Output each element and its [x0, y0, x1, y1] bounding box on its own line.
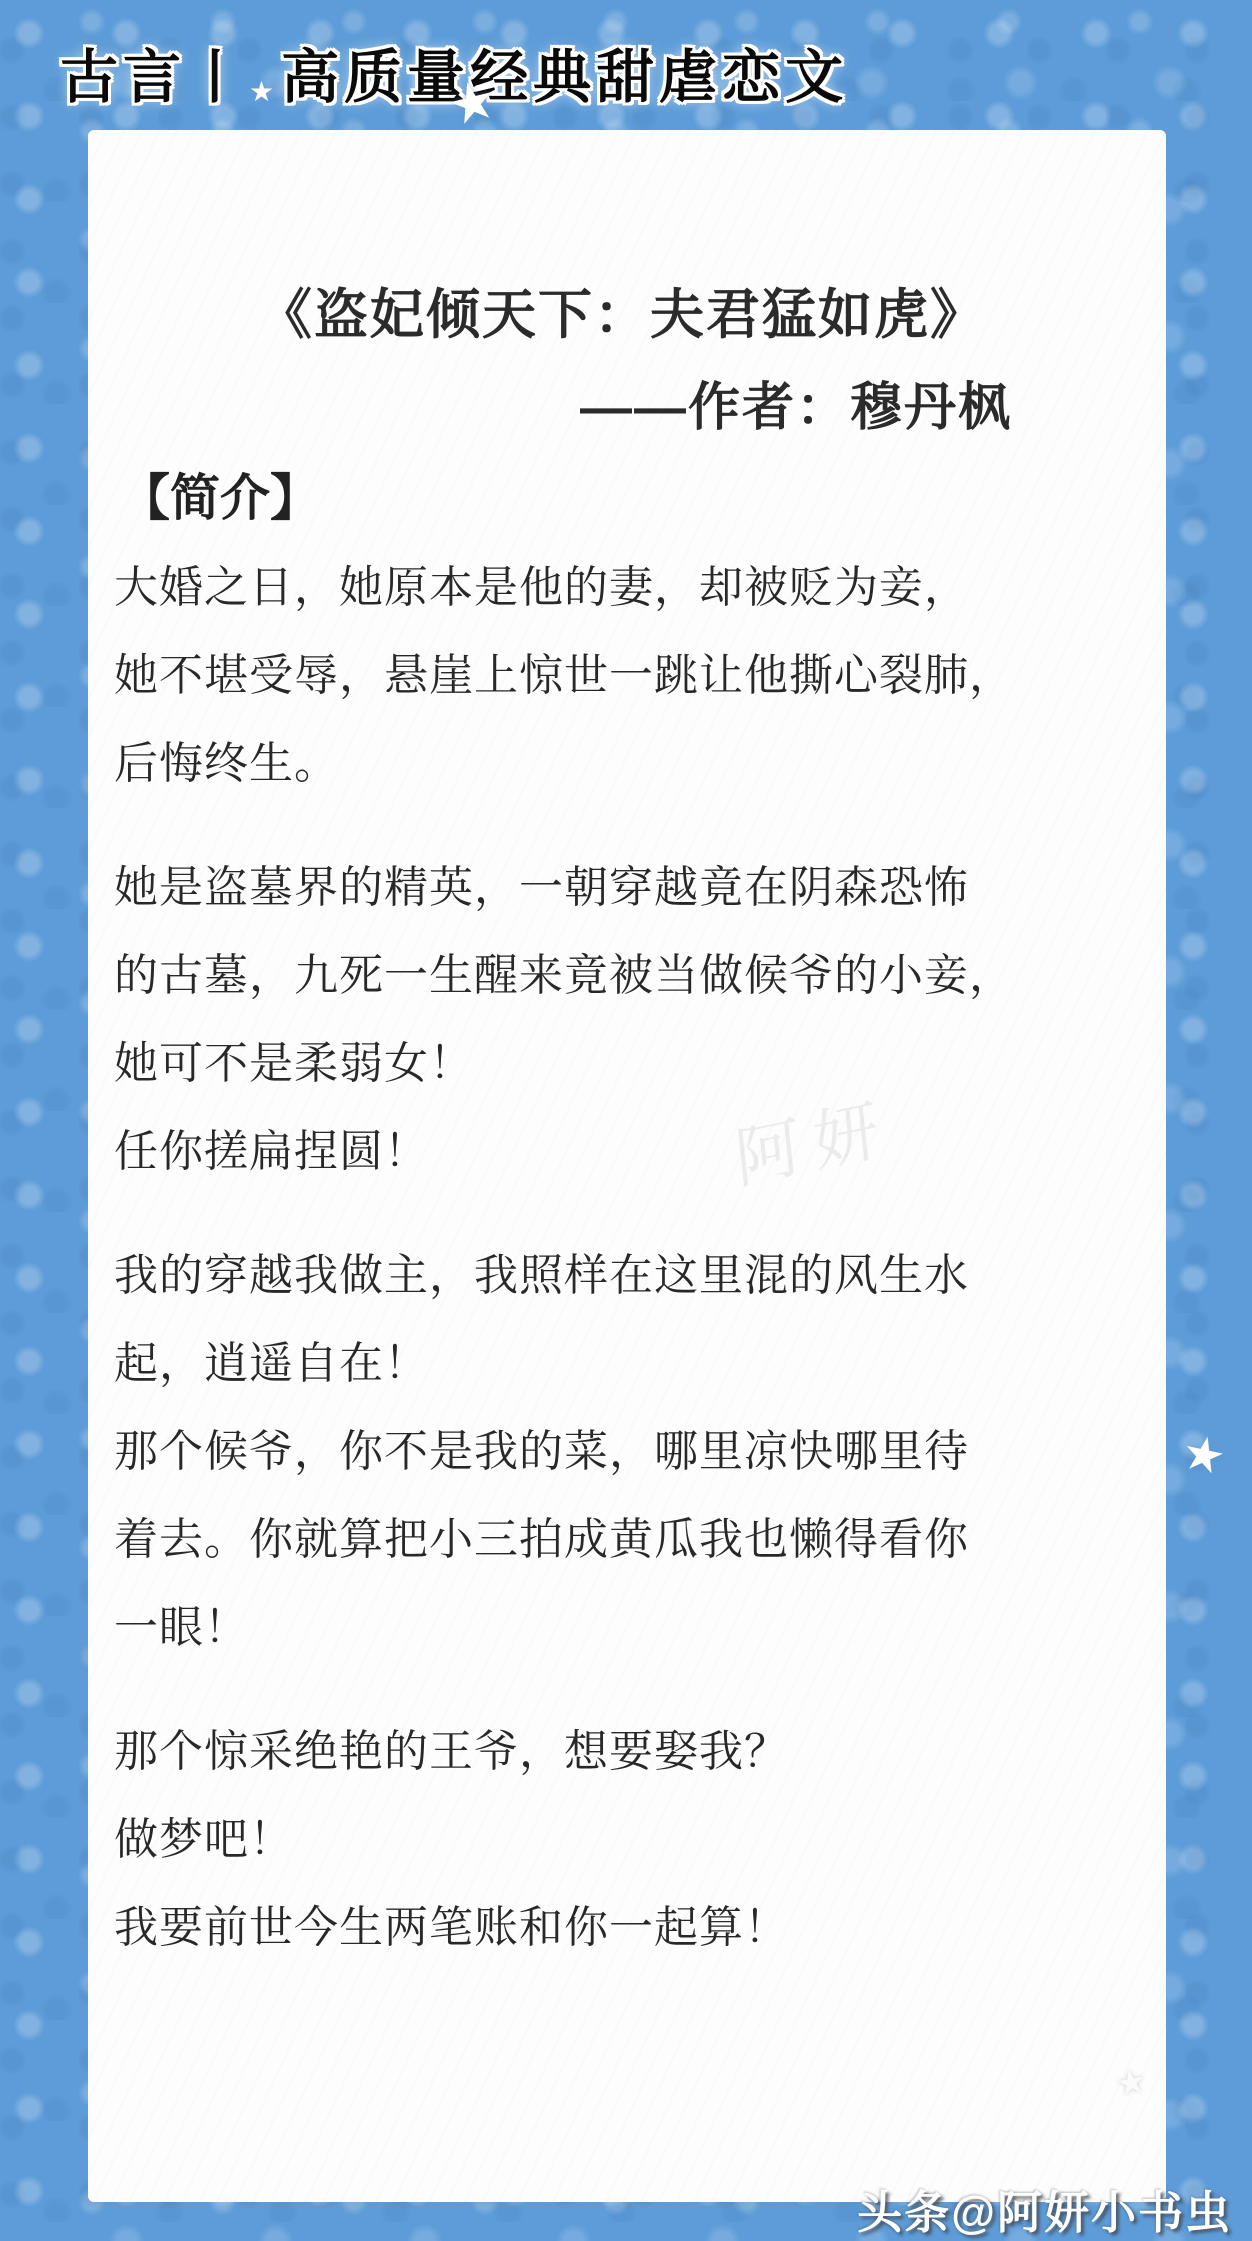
synopsis-line: 后悔终生。	[114, 720, 1130, 808]
star-icon: ★	[1177, 1428, 1229, 1484]
synopsis-line: 大婚之日，她原本是他的妻，却被贬为妾，	[114, 544, 1130, 632]
synopsis-line: 我的穿越我做主，我照样在这里混的风生水	[114, 1232, 1130, 1320]
page-title-suffix: 高质量经典甜虐恋文	[281, 30, 848, 114]
synopsis-line: 那个惊采绝艳的王爷，想要娶我？	[114, 1708, 1130, 1796]
synopsis-line: 做梦吧！	[114, 1796, 1130, 1884]
book-recommendation-poster: 古言丨 ★ 高质量经典甜虐恋文 ★ 《盗妃倾天下：夫君猛如虎》 ——作者：穆丹枫…	[0, 0, 1252, 2241]
book-title: 《盗妃倾天下：夫君猛如虎》	[114, 272, 1130, 349]
synopsis-line: 她可不是柔弱女！	[114, 1020, 1130, 1108]
content-card: 《盗妃倾天下：夫君猛如虎》 ——作者：穆丹枫 【简介】 大婚之日，她原本是他的妻…	[88, 130, 1166, 2202]
synopsis-line: 的古墓，九死一生醒来竟被当做候爷的小妾，	[114, 932, 1130, 1020]
star-icon: ★	[1113, 2064, 1149, 2103]
synopsis-line: 着去。你就算把小三拍成黄瓜我也懒得看你	[114, 1496, 1130, 1584]
author-line: ——作者：穆丹枫	[114, 365, 1130, 440]
synopsis-line: 那个候爷，你不是我的菜，哪里凉快哪里待	[114, 1408, 1130, 1496]
synopsis-line: 任你搓扁捏圆！	[114, 1108, 1130, 1196]
star-icon: ★	[249, 75, 279, 108]
author-credit: 头条@阿妍小书虫	[857, 2176, 1232, 2241]
synopsis-paragraph: 她是盗墓界的精英，一朝穿越竟在阴森恐怖的古墓，九死一生醒来竟被当做候爷的小妾，她…	[114, 844, 1130, 1196]
synopsis-text: 大婚之日，她原本是他的妻，却被贬为妾，她不堪受辱，悬崖上惊世一跳让他撕心裂肺，后…	[114, 544, 1130, 1972]
synopsis-paragraph: 我的穿越我做主，我照样在这里混的风生水起，逍遥自在！那个候爷，你不是我的菜，哪里…	[114, 1232, 1130, 1672]
synopsis-line: 她不堪受辱，悬崖上惊世一跳让他撕心裂肺，	[114, 632, 1130, 720]
synopsis-line: 一眼！	[114, 1584, 1130, 1672]
synopsis-paragraph: 那个惊采绝艳的王爷，想要娶我？做梦吧！我要前世今生两笔账和你一起算！	[114, 1708, 1130, 1972]
synopsis-line: 起，逍遥自在！	[114, 1320, 1130, 1408]
synopsis-header: 【简介】	[120, 458, 1130, 530]
synopsis-line: 她是盗墓界的精英，一朝穿越竟在阴森恐怖	[114, 844, 1130, 932]
page-title-prefix: 古言丨	[60, 30, 249, 114]
synopsis-paragraph: 大婚之日，她原本是他的妻，却被贬为妾，她不堪受辱，悬崖上惊世一跳让他撕心裂肺，后…	[114, 544, 1130, 808]
synopsis-line: 我要前世今生两笔账和你一起算！	[114, 1884, 1130, 1972]
